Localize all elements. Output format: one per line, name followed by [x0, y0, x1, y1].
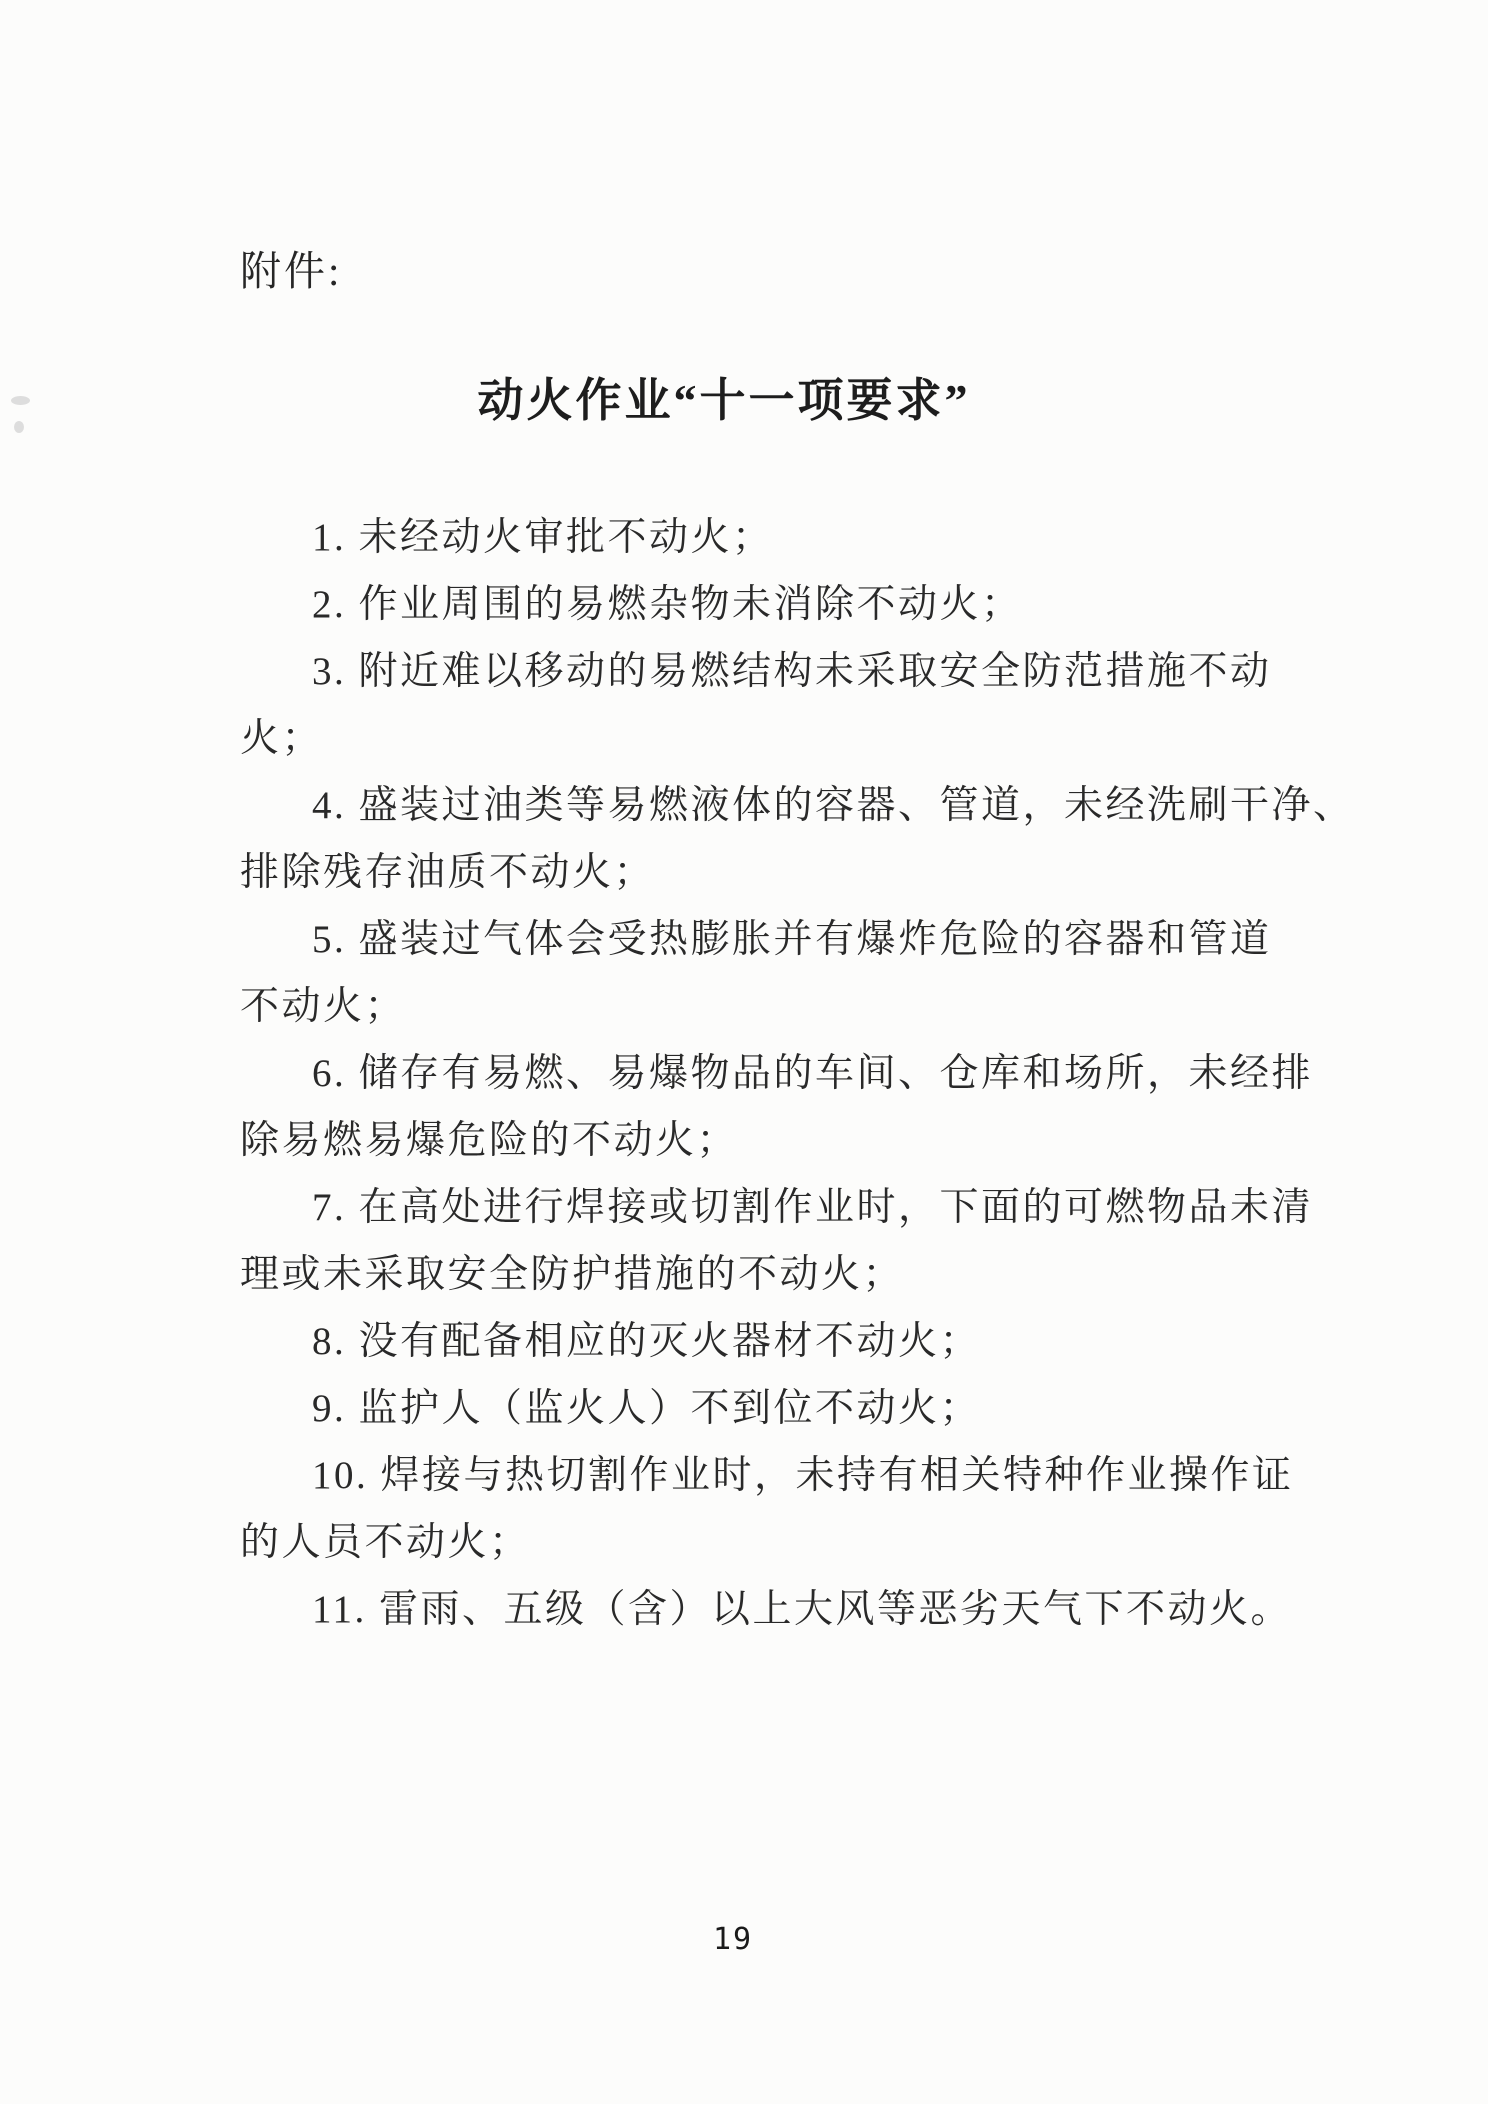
list-line: 火；	[240, 705, 1400, 772]
list-line: 除易燃易爆危险的不动火；	[240, 1107, 1400, 1174]
list-line: 2. 作业周围的易燃杂物未消除不动火；	[240, 571, 1400, 638]
page-number: 19	[0, 1922, 1466, 1957]
scan-artifact	[11, 396, 30, 405]
list-line: 排除残存油质不动火；	[240, 839, 1400, 906]
list-line: 不动火；	[240, 973, 1400, 1040]
list-line: 理或未采取安全防护措施的不动火；	[240, 1241, 1400, 1308]
list-line: 8. 没有配备相应的灭火器材不动火；	[240, 1308, 1400, 1375]
list-line: 11. 雷雨、五级（含）以上大风等恶劣天气下不动火。	[240, 1576, 1400, 1643]
list-line: 7. 在高处进行焊接或切割作业时，下面的可燃物品未清	[240, 1174, 1400, 1241]
list-line: 6. 储存有易燃、易爆物品的车间、仓库和场所，未经排	[240, 1040, 1400, 1107]
list-line: 1. 未经动火审批不动火；	[240, 504, 1400, 571]
list-line: 3. 附近难以移动的易燃结构未采取安全防范措施不动	[240, 638, 1400, 705]
list-line: 10. 焊接与热切割作业时，未持有相关特种作业操作证	[240, 1442, 1400, 1509]
list-line: 的人员不动火；	[240, 1509, 1400, 1576]
page-title: 动火作业“十一项要求”	[0, 364, 1448, 430]
attachment-label: 附件:	[240, 238, 342, 297]
list-line: 9. 监护人（监火人）不到位不动火；	[240, 1375, 1400, 1442]
scan-artifact	[14, 421, 24, 433]
list-line: 4. 盛装过油类等易燃液体的容器、管道，未经洗刷干净、	[240, 772, 1400, 839]
list-line: 5. 盛装过气体会受热膨胀并有爆炸危险的容器和管道	[240, 906, 1400, 973]
document-page: 附件: 动火作业“十一项要求” 1. 未经动火审批不动火；2. 作业周围的易燃杂…	[0, 0, 1488, 2104]
requirements-list: 1. 未经动火审批不动火；2. 作业周围的易燃杂物未消除不动火；3. 附近难以移…	[240, 504, 1400, 1643]
